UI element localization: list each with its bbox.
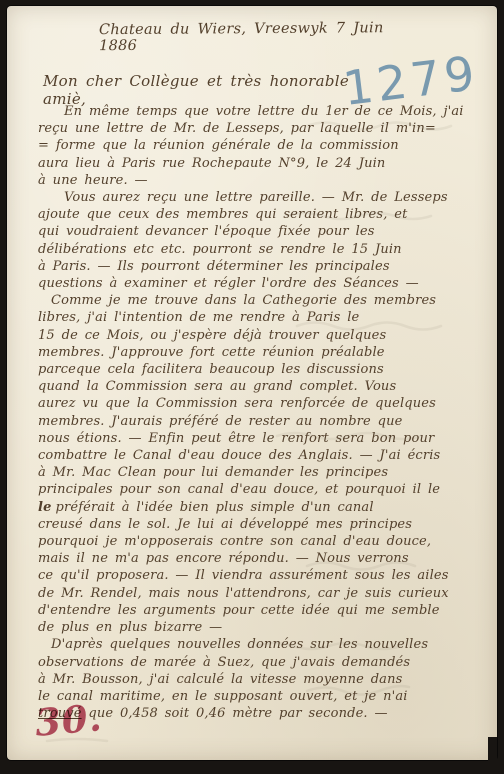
dateline: Chateau du Wiers, Vreeswyk 7 Juin 1886: [99, 20, 429, 54]
letter-line: = forme que la réunion générale de la co…: [38, 137, 490, 154]
letter-body: En même temps que votre lettre du 1er de…: [38, 103, 490, 722]
letter-line: parceque cela facilitera beaucoup les di…: [38, 361, 490, 378]
paper-edge-notch: [488, 737, 497, 769]
letter-line: reçu une lettre de Mr. de Lesseps, par l…: [38, 120, 490, 137]
letter-line: aura lieu à Paris rue Rochepaute N°9, le…: [38, 155, 490, 172]
letter-line: membres. J'aurais préféré de rester au n…: [38, 413, 490, 430]
letter-line: combattre le Canal d'eau douce des Angla…: [38, 447, 490, 464]
letter-line: le canal maritime, en le supposant ouver…: [38, 688, 490, 705]
letter-line: nous étions. — Enfin peut être le renfor…: [38, 430, 490, 447]
letter-line: Vous aurez reçu une lettre pareille. — M…: [38, 189, 490, 206]
letter-line-with-correction: lepréférait à l'idée bien plus simple d'…: [38, 499, 490, 516]
letter-line: que 0,458 soit 0,46 mètre par seconde. —: [82, 706, 388, 721]
letter-line: de Mr. Rendel, mais nous l'attendrons, c…: [38, 585, 490, 602]
letter-line: à une heure. —: [38, 172, 490, 189]
letter-line: principales pour son canal d'eau douce, …: [38, 481, 490, 498]
letter-line: ajoute que ceux des membres qui seraient…: [38, 206, 490, 223]
letter-line: aurez vu que la Commission sera renforcé…: [38, 395, 490, 412]
letter-line: questions à examiner et régler l'ordre d…: [38, 275, 490, 292]
letter-line: creusé dans le sol. Je lui ai développé …: [38, 516, 490, 533]
letter-line: pourquoi je m'opposerais contre son cana…: [38, 533, 490, 550]
letter-line: à Mr. Bousson, j'ai calculé la vitesse m…: [38, 671, 490, 688]
letter-line: libres, j'ai l'intention de me rendre à …: [38, 309, 490, 326]
letter-line: d'entendre les arguments pour cette idée…: [38, 602, 490, 619]
letter-paper: Chateau du Wiers, Vreeswyk 7 Juin 1886 M…: [7, 6, 497, 760]
letter-line: observations de marée à Suez, que j'avai…: [38, 654, 490, 671]
letter-final-line: trouvé que 0,458 soit 0,46 mètre par sec…: [38, 705, 490, 722]
letter-line: 15 de ce Mois, ou j'espère déjà trouver …: [38, 327, 490, 344]
letter-line: mais il ne m'a pas encore répondu. — Nou…: [38, 550, 490, 567]
letter-line: de plus en plus bizarre —: [38, 619, 490, 636]
letter-line: Comme je me trouve dans la Cathegorie de…: [38, 292, 490, 309]
scanned-letter-screenshot: { "document": { "kind": "handwritten let…: [0, 0, 504, 774]
letter-line: délibérations etc etc. pourront se rendr…: [38, 241, 490, 258]
letter-line: En même temps que votre lettre du 1er de…: [38, 103, 490, 120]
letter-line: membres. J'approuve fort cette réunion p…: [38, 344, 490, 361]
letter-line: à Mr. Mac Clean pour lui demander les pr…: [38, 464, 490, 481]
letter-line: préférait à l'idée bien plus simple d'un…: [56, 500, 374, 515]
letter-line: à Paris. — Ils pourront déterminer les p…: [38, 258, 490, 275]
margin-correction: le: [38, 500, 52, 515]
letter-line: D'après quelques nouvelles données sur l…: [38, 636, 490, 653]
archive-number-red: 30.: [33, 695, 104, 745]
letter-line: ce qu'il proposera. — Il viendra assurém…: [38, 567, 490, 584]
letter-line: quand la Commission sera au grand comple…: [38, 378, 490, 395]
letter-line: qui voudraient devancer l'époque fixée p…: [38, 223, 490, 240]
